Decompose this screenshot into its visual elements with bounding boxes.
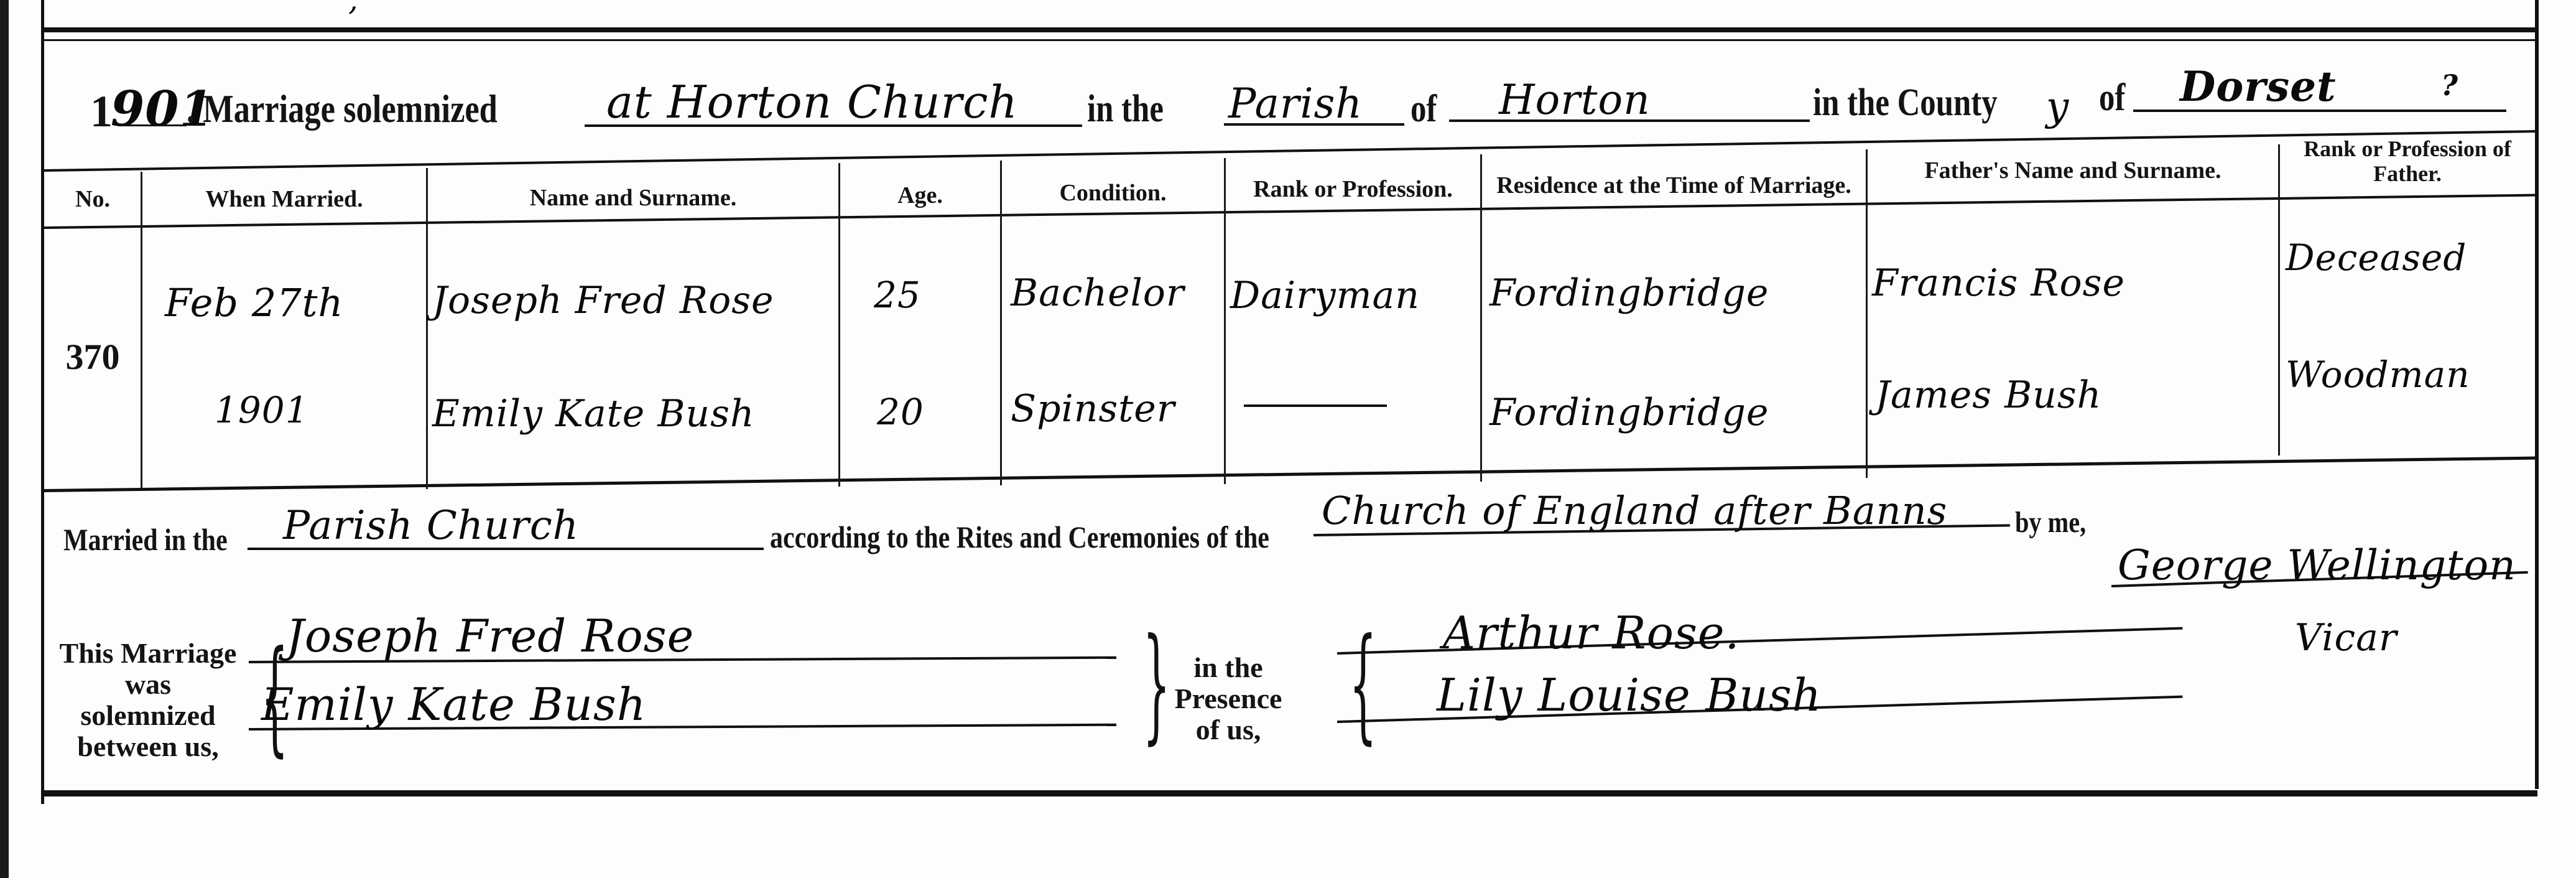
- column-header-name: Name and Surname.: [428, 184, 838, 212]
- bride-age: 20: [877, 391, 924, 433]
- entry-number: 370: [45, 336, 141, 378]
- column-header-when-married: When Married.: [142, 185, 426, 213]
- couple-label-line-2: was: [55, 669, 241, 700]
- witness-label-line-3: of us,: [1151, 714, 1306, 745]
- witness-1-signature: Arthur Rose.: [1443, 607, 1740, 659]
- bride-father-name: James Bush: [1875, 373, 2101, 417]
- column-header-age: Age.: [840, 182, 1000, 209]
- column-divider-6: [1480, 154, 1482, 482]
- bride-rank-dash: [1244, 404, 1387, 407]
- frame-bottom-rule: [44, 790, 2537, 796]
- couple-label-line-3: solemnized: [55, 700, 241, 731]
- bride-signature: Emily Kate Bush: [261, 678, 646, 731]
- column-header-no: No.: [45, 185, 141, 213]
- couple-label-line-4: between us,: [55, 731, 241, 762]
- groom-signature: Joseph Fred Rose: [286, 610, 694, 662]
- groom-father-rank: Deceased: [2286, 236, 2467, 279]
- title-year-prefix: 1: [90, 86, 113, 138]
- entry-date-line1: Feb 27th: [165, 280, 343, 325]
- column-header-father-rank-line1: Rank or Profession of: [2280, 136, 2535, 162]
- entry-date-line2: 1901: [215, 389, 309, 431]
- column-header-residence: Residence at the Time of Marriage.: [1482, 172, 1866, 199]
- frame-top-rule-thick: [44, 27, 2536, 32]
- title-place: at Horton Church: [606, 76, 1018, 128]
- title-text-marriage-solemnized: . Marriage solemnized: [187, 86, 498, 132]
- stray-ink-mark: ,: [348, 0, 359, 17]
- column-divider-2: [426, 168, 428, 489]
- couple-label-line-1: This Marriage: [55, 638, 241, 669]
- ceremony-place: Parish Church: [283, 503, 579, 549]
- groom-rank: Dairyman: [1230, 274, 1420, 317]
- column-divider-8: [2278, 144, 2280, 455]
- text-married-in-the: Married in the: [63, 521, 228, 558]
- bride-condition: Spinster: [1011, 387, 1175, 431]
- column-header-rank: Rank or Profession.: [1226, 175, 1480, 203]
- groom-name: Joseph Fred Rose: [432, 279, 774, 322]
- ceremony-rites: Church of England after Banns: [1322, 488, 1947, 533]
- bride-residence: Fordingbridge: [1490, 391, 1769, 434]
- frame-left-border: [41, 0, 44, 804]
- title-text-of-2: of: [2099, 76, 2125, 120]
- frame-top-rule-thin: [44, 39, 2536, 41]
- title-text-in-the-county: in the County: [1813, 81, 1998, 125]
- witness-label: in the Presence of us,: [1151, 652, 1306, 745]
- groom-residence: Fordingbridge: [1490, 271, 1769, 315]
- witness-label-line-2: Presence: [1151, 683, 1306, 714]
- register-page: , 1 901 . Marriage solemnized at Horton …: [0, 0, 2576, 878]
- groom-age: 25: [874, 274, 921, 316]
- bride-father-rank: Woodman: [2286, 353, 2470, 396]
- witness-label-line-1: in the: [1151, 652, 1306, 683]
- couple-label: This Marriage was solemnized between us,: [55, 638, 241, 762]
- witness-2-signature: Lily Louise Bush: [1437, 669, 1822, 721]
- title-district-name: Horton: [1499, 76, 1651, 124]
- column-divider-5: [1224, 158, 1226, 484]
- witness-left-brace: {: [1349, 622, 1377, 747]
- column-header-father-rank-line2: Father.: [2280, 161, 2535, 187]
- table-bottom-rule: [44, 457, 2536, 492]
- groom-father-name: Francis Rose: [1872, 261, 2125, 305]
- column-header-father-name: Father's Name and Surname.: [1868, 157, 2278, 184]
- column-header-condition: Condition.: [1002, 179, 1224, 207]
- minister-title: Vicar: [2295, 616, 2398, 660]
- bride-name: Emily Kate Bush: [432, 392, 755, 436]
- groom-condition: Bachelor: [1011, 271, 1185, 315]
- text-according-to-rites: according to the Rites and Ceremonies of…: [770, 519, 1269, 555]
- scan-edge-shadow: [0, 0, 9, 878]
- text-by-me: by me,: [2015, 505, 2086, 539]
- column-divider-7: [1866, 149, 1868, 478]
- title-district-type: Parish: [1228, 80, 1363, 128]
- title-county: Dorset: [2180, 62, 2337, 111]
- column-divider-4: [1000, 161, 1002, 485]
- column-divider-1: [141, 172, 142, 490]
- title-county-suffix: y: [2046, 84, 2069, 130]
- title-text-of: of: [1411, 87, 1437, 131]
- title-text-in-the: in the: [1087, 87, 1164, 131]
- minister-signature: George Wellington: [2118, 541, 2516, 589]
- frame-right-border: [2535, 0, 2539, 789]
- stray-ink-mark-2: ?: [2441, 68, 2458, 102]
- year-blank-line: [118, 124, 187, 126]
- column-divider-3: [838, 163, 840, 487]
